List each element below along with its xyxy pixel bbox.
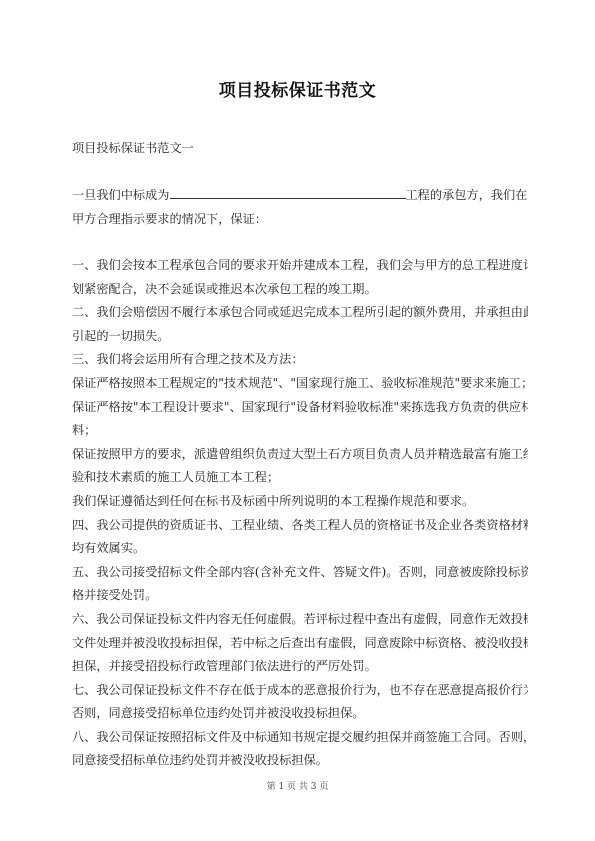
clause-line: 六、我公司保证投标文件内容无任何虚假。若评标过程中查出有虚假，同意作无效投标: [72, 608, 528, 632]
clause-line: 我们保证遵循达到任何在标书及标函中所列说明的本工程操作规范和要求。: [72, 490, 528, 514]
clause-line: 二、我们会赔偿因不履行本承包合同或延迟完成本工程所引起的额外费用，并承担由此: [72, 301, 528, 325]
clause-line: 一、我们会按本工程承包合同的要求开始并建成本工程，我们会与甲方的总工程进度计: [72, 254, 528, 278]
clause-line: 均有效属实。: [72, 537, 528, 561]
intro-text-after-blank: 工程的承包方，我们在: [406, 188, 528, 202]
document-title: 项目投标保证书范文: [0, 76, 595, 101]
clause-line: 五、我公司接受招标文件全部内容(含补充文件、答疑文件)。否则，同意被废除投标资: [72, 561, 528, 585]
clause-line: 三、我们将会运用所有合理之技术及方法：: [72, 348, 528, 372]
clause-line: 料；: [72, 419, 528, 443]
subtitle-line: 项目投标保证书范文一: [72, 137, 528, 161]
clause-line: 否则，同意接受招标单位违约处罚并被没收投标担保。: [72, 702, 528, 726]
clause-line: 同意接受招标单位违约处罚并被没收投标担保。: [72, 749, 528, 773]
intro-line-2: 甲方合理指示要求的情况下，保证：: [72, 208, 528, 232]
clause-line: 验和技术素质的施工人员施工本工程；: [72, 466, 528, 490]
clause-line: 八、我公司保证按照招标文件及中标通知书规定提交履约担保并商签施工合同。否则，: [72, 726, 528, 750]
clause-line: 引起的一切损失。: [72, 325, 528, 349]
guarantee-clauses: 一、我们会按本工程承包合同的要求开始并建成本工程，我们会与甲方的总工程进度计 划…: [72, 254, 528, 773]
clause-line: 划紧密配合，决不会延误或推迟本次承包工程的竣工期。: [72, 278, 528, 302]
document-subtitle: 项目投标保证书范文一: [72, 137, 528, 161]
intro-text-before-blank: 一旦我们中标成为: [72, 188, 170, 202]
clause-line: 保证按照甲方的要求，派遣曾组织负责过大型土石方项目负责人员并精选最富有施工经: [72, 443, 528, 467]
project-name-blank: [170, 186, 406, 199]
intro-paragraph: 一旦我们中标成为工程的承包方，我们在 甲方合理指示要求的情况下，保证：: [72, 184, 528, 231]
clause-line: 四、我公司提供的资质证书、工程业绩、各类工程人员的资格证书及企业各类资格材料: [72, 514, 528, 538]
clause-line: 格并接受处罚。: [72, 584, 528, 608]
clause-line: 七、我公司保证投标文件不存在低于成本的恶意报价行为，也不存在恶意提高报价行为。: [72, 679, 528, 703]
page-footer: 第 1 页 共 3 页: [0, 779, 595, 792]
intro-line-1: 一旦我们中标成为工程的承包方，我们在: [72, 184, 528, 208]
clause-line: 担保，并接受招投标行政管理部门依法进行的严厉处罚。: [72, 655, 528, 679]
clause-line: 保证严格按"本工程设计要求"、国家现行"设备材料验收标准"来拣选我方负责的供应材: [72, 396, 528, 420]
clause-line: 文件处理并被没收投标担保，若中标之后查出有虚假，同意废除中标资格、被没收投标: [72, 632, 528, 656]
clause-line: 保证严格按照本工程规定的"技术规范"、"国家现行施工、验收标准规范"要求来施工；: [72, 372, 528, 396]
